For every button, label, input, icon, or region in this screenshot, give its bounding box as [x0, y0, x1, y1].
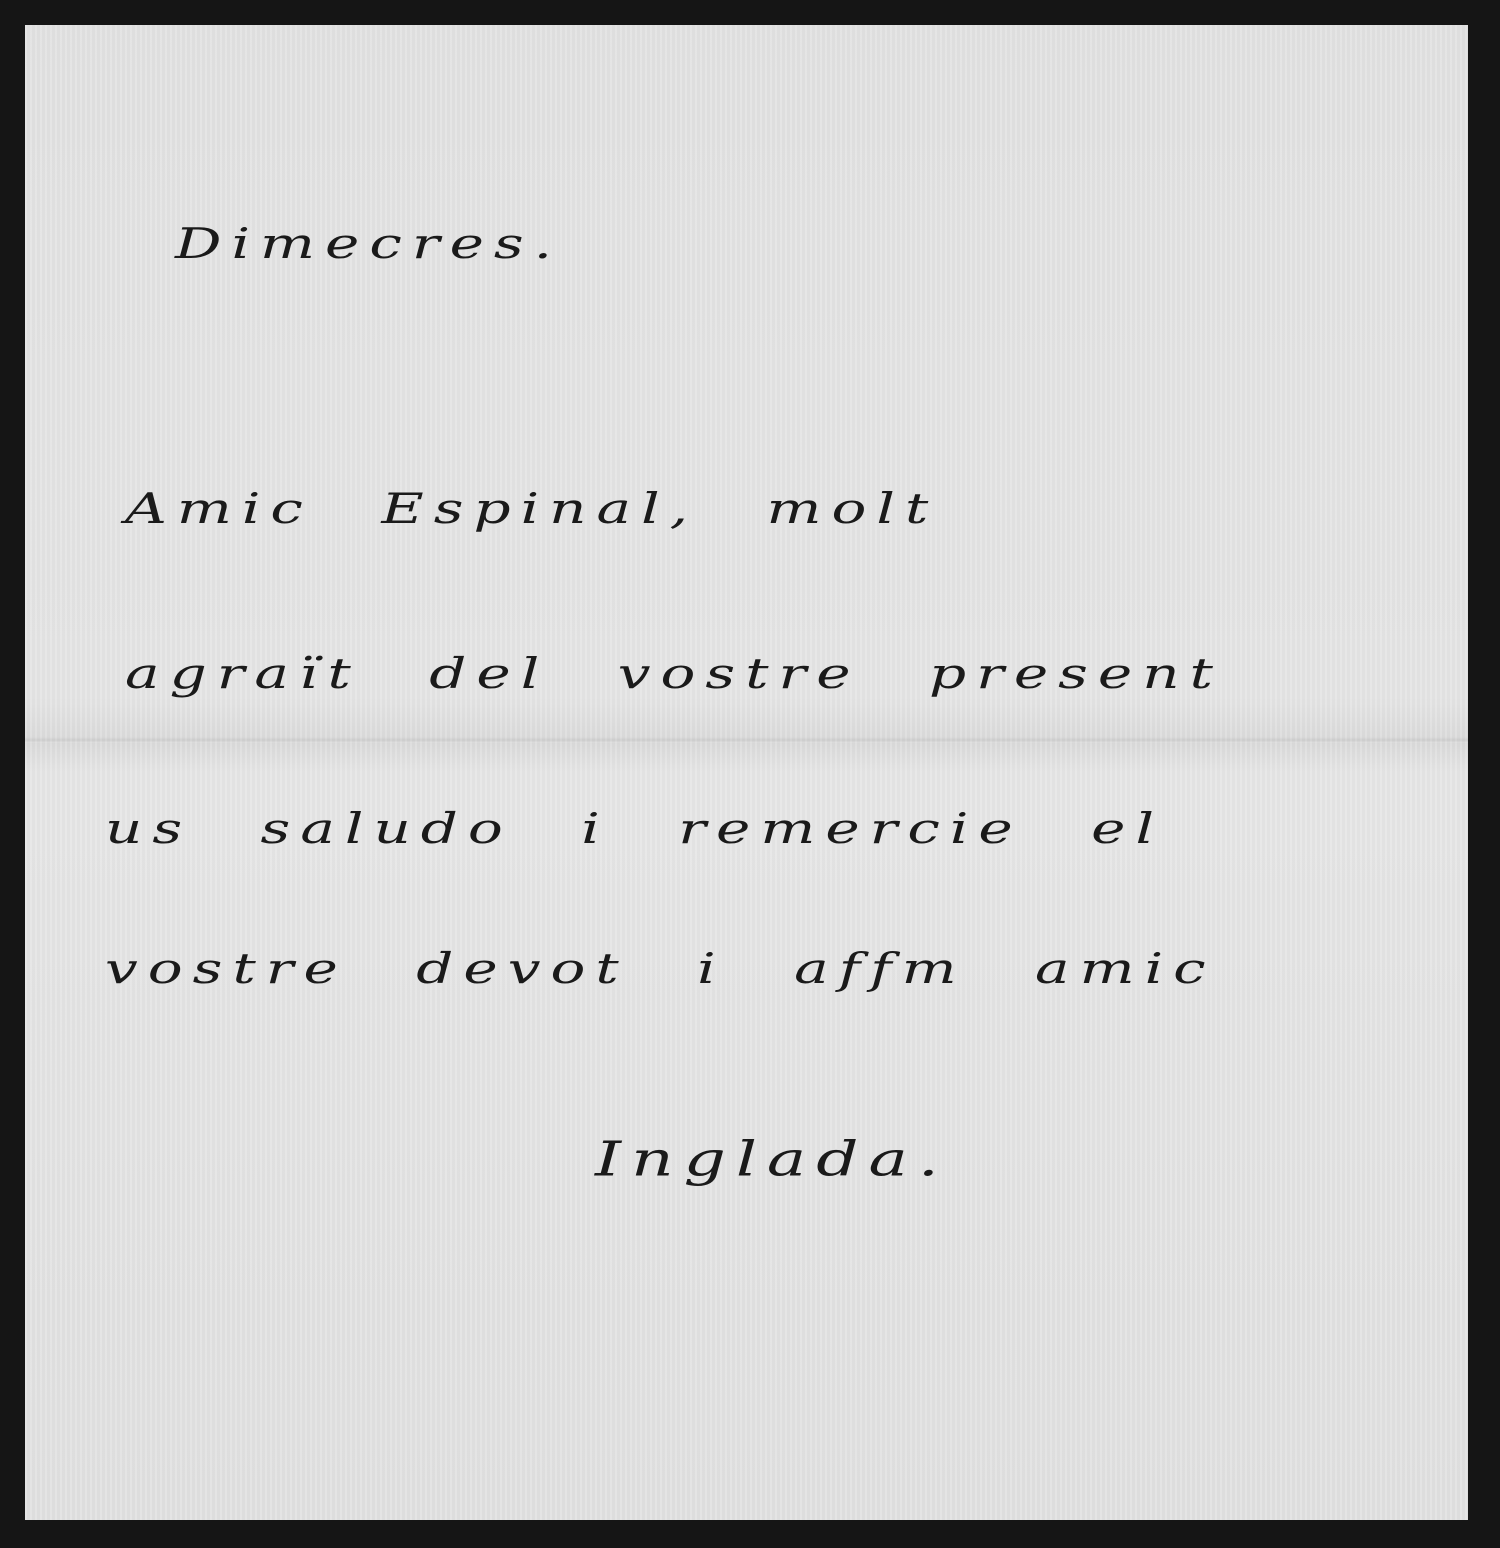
date-line: Dimecres. — [175, 219, 562, 268]
letter-paper: Dimecres. Amic Espinal, molt agraït del … — [25, 25, 1468, 1520]
body-line-3: us saludo i remercie el — [105, 804, 1164, 853]
body-line-2: agraït del vostre present — [125, 649, 1223, 698]
body-line-1: Amic Espinal, molt — [125, 484, 938, 533]
signature: Inglada. — [595, 1132, 949, 1187]
paper-fold — [25, 737, 1468, 743]
body-line-4: vostre devot i affm amic — [105, 944, 1216, 993]
